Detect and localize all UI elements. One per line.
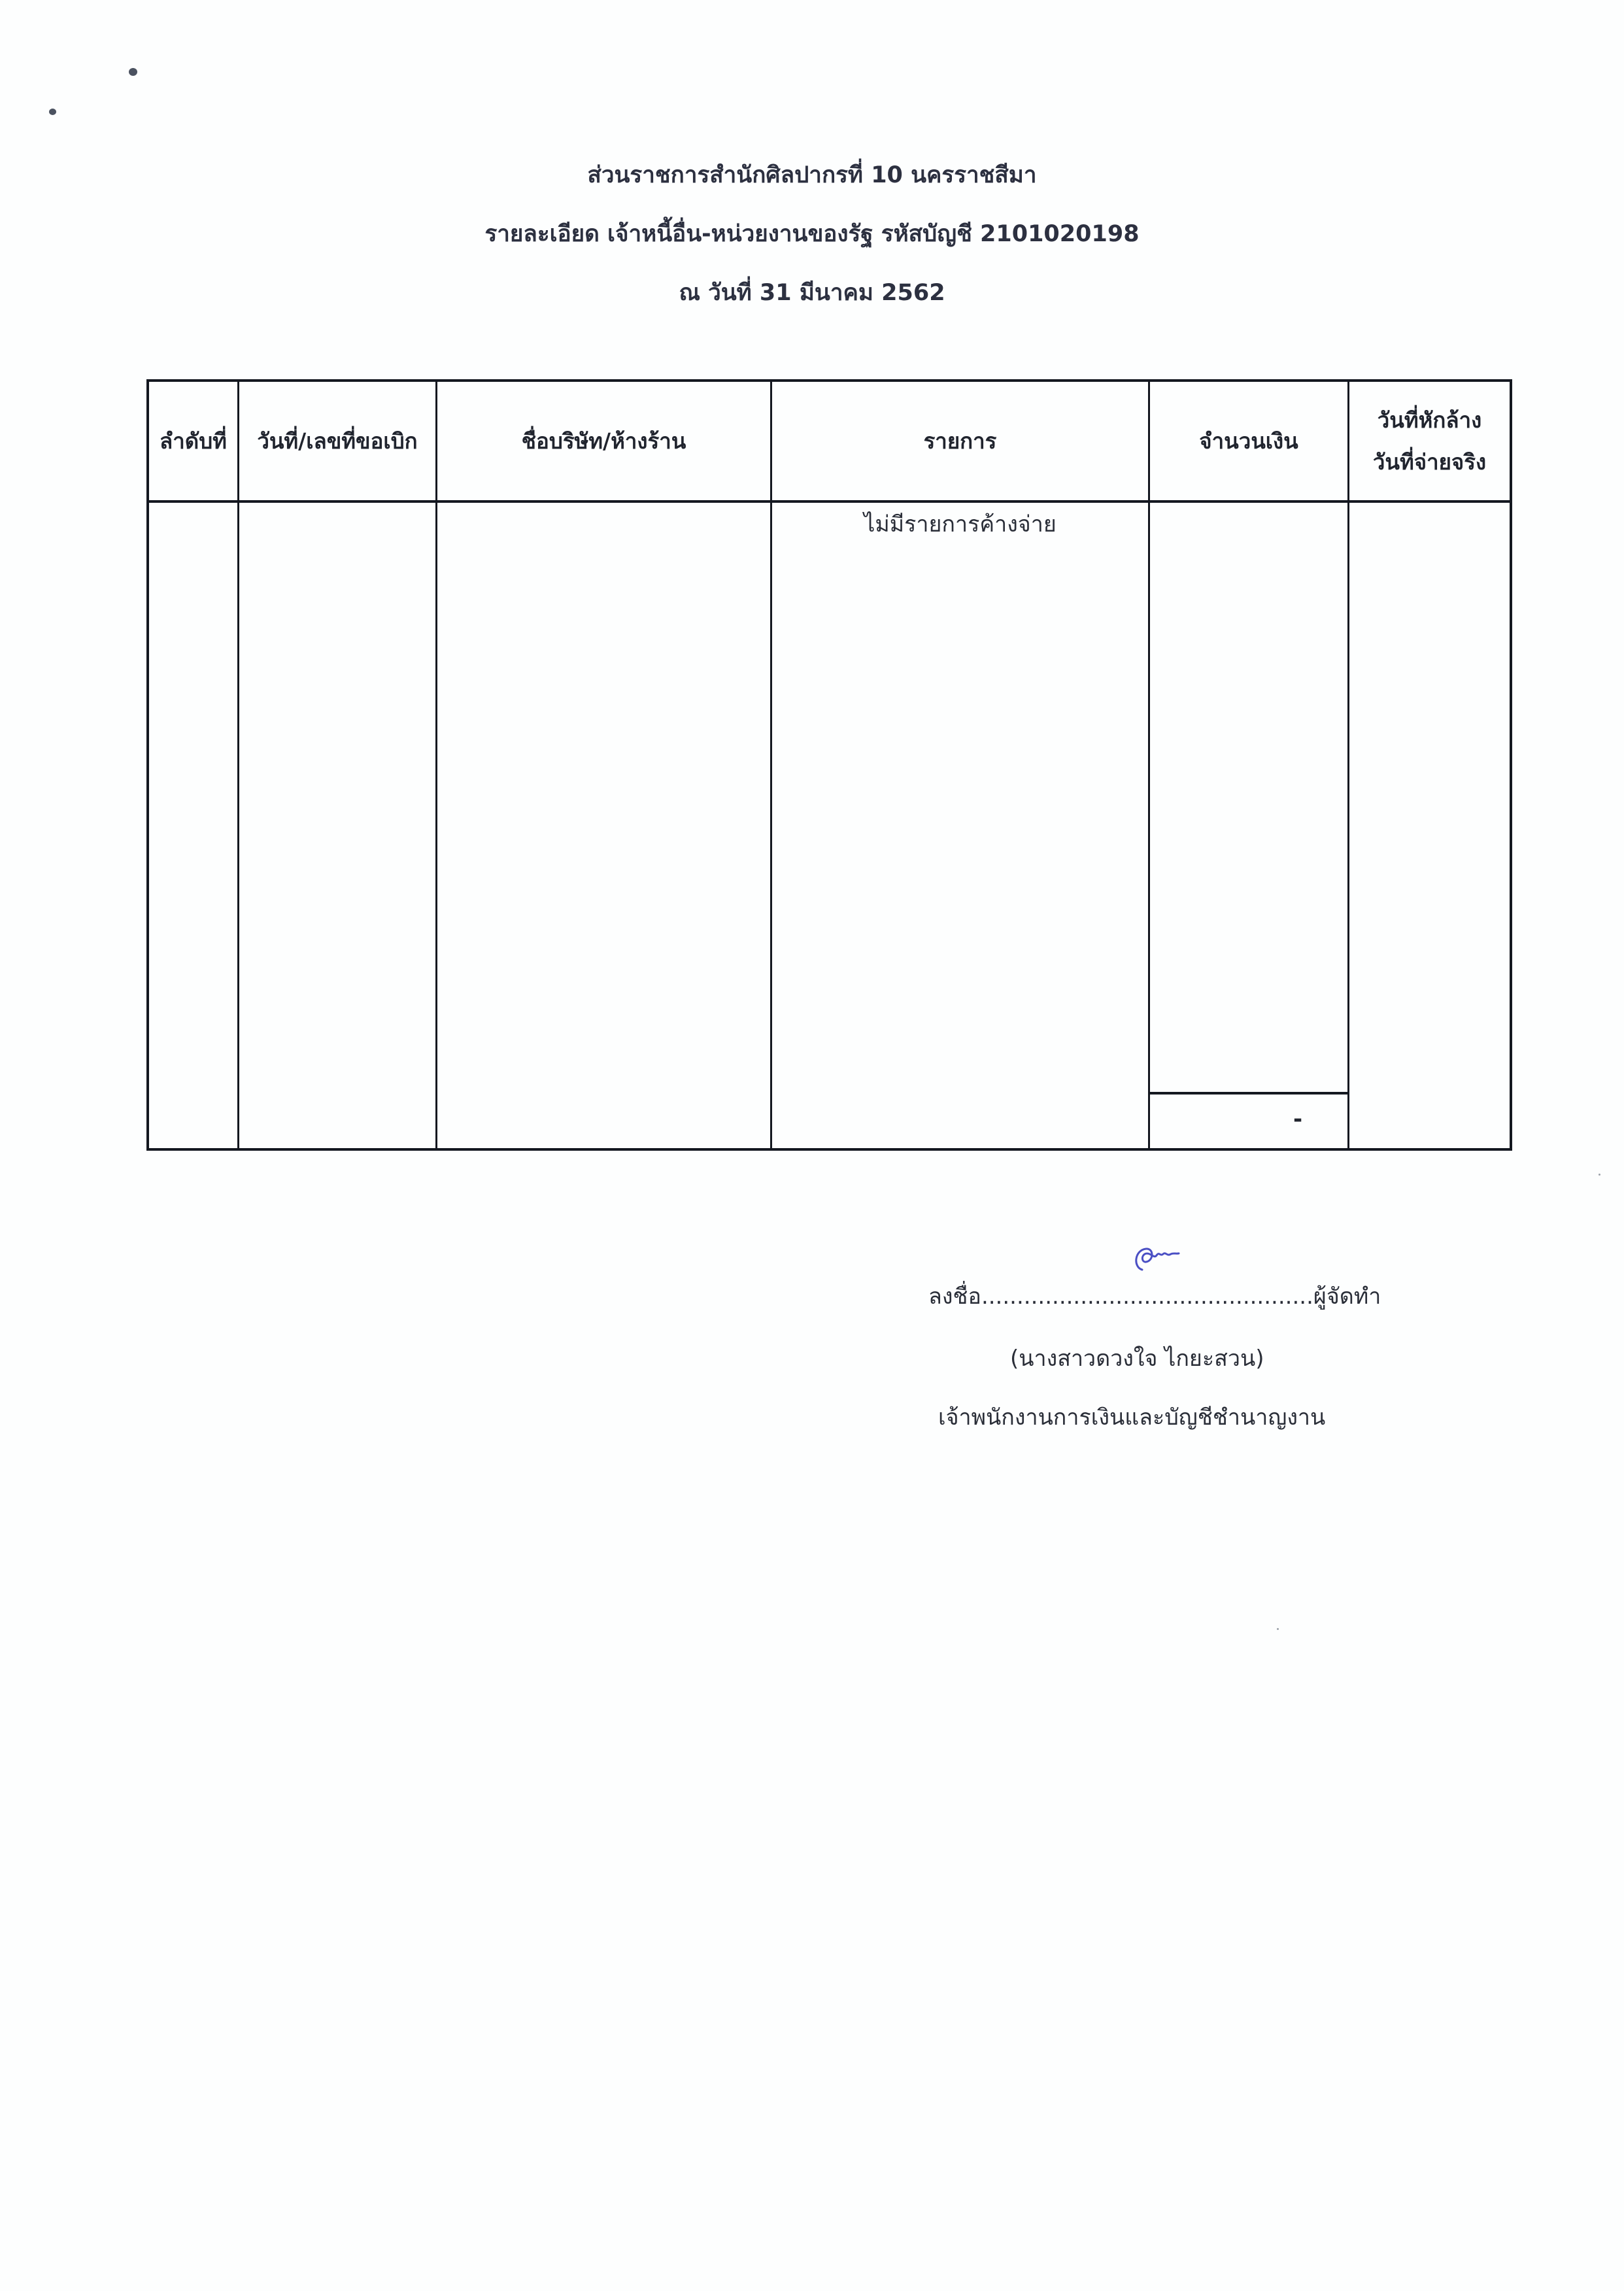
- signer-position: เจ้าพนักงานการเงินและบัญชีชำนาญงาน: [938, 1399, 1325, 1434]
- total-amount: -: [1293, 1106, 1302, 1132]
- scan-speck: [129, 68, 137, 76]
- header-date-ref: วันที่/เลขที่ขอเบิก: [239, 382, 435, 500]
- report-date: ณ วันที่ 31 มีนาคม 2562: [0, 275, 1624, 311]
- header-amount: จำนวนเงิน: [1150, 382, 1347, 500]
- signature-icon: [1128, 1242, 1187, 1278]
- header-divider: [149, 500, 1510, 503]
- scan-speck: [1277, 1628, 1279, 1630]
- creditor-table: ลำดับที่ วันที่/เลขที่ขอเบิก ชื่อบริษัท/…: [146, 379, 1512, 1151]
- header-item: รายการ: [772, 382, 1148, 500]
- report-title: รายละเอียด เจ้าหนี้อื่น-หน่วยงานของรัฐ ร…: [0, 216, 1624, 252]
- total-divider: [1150, 1092, 1347, 1095]
- table-row-item: ไม่มีรายการค้างจ่าย: [772, 506, 1148, 541]
- scan-speck: [49, 109, 56, 115]
- header-clear-date: วันที่หักล้าง วันที่จ่ายจริง: [1349, 382, 1510, 500]
- signer-name: (นางสาวดวงใจ ไกยะสวน): [1010, 1340, 1264, 1376]
- header-company: ชื่อบริษัท/ห้างร้าน: [437, 382, 770, 500]
- scan-speck: [1599, 1174, 1600, 1176]
- header-no: ลำดับที่: [149, 382, 237, 500]
- signature-line: ลงชื่อ..................................…: [928, 1278, 1381, 1314]
- agency-title: ส่วนราชการสำนักศิลปากรที่ 10 นครราชสีมา: [0, 157, 1624, 193]
